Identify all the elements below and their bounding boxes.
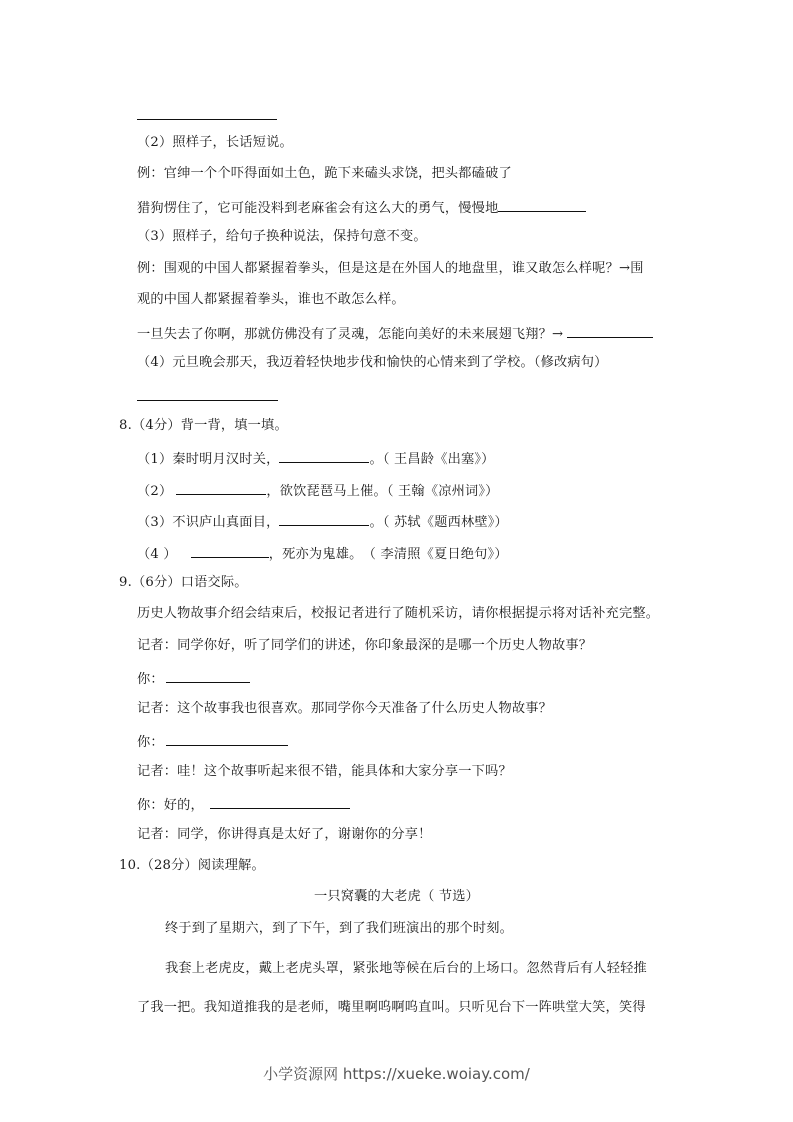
q9-you-3-label: 你：好的， [137,798,204,813]
q8-item-1-post: 。（ 王昌龄《出塞》） [369,452,494,467]
q9-you-1: 你： [137,669,250,688]
answer-blank[interactable] [166,732,288,746]
q8-item-2: （2），欲饮琵琶马上催。（ 王翰《凉州词》） [137,481,499,500]
q8-item-4: （4 ），死亦为鬼雄。 （ 李清照《夏日绝句》） [137,544,508,563]
q9-you-2: 你： [137,732,288,751]
passage-para-2-line-2: 了我一把。我知道推我的是老师，嘴里啊呜啊呜直叫。只听见台下一阵哄堂大笑，笑得 [137,1000,646,1016]
answer-blank[interactable] [191,544,269,558]
answer-blank[interactable] [498,198,586,212]
answer-blank[interactable] [176,481,266,495]
q8-item-4-post: ，死亦为鬼雄。 （ 李清照《夏日绝句》） [269,547,508,562]
passage-title: 一只窝囊的大老虎（ 节选） [0,889,793,905]
q9-reporter-4: 记者：同学，你讲得真是太好了，谢谢你的分享！ [137,827,432,843]
answer-line[interactable] [137,400,278,401]
q9-title: 9.（6分）口语交际。 [119,575,248,591]
q8-title: 8.（4分）背一背，填一填。 [119,418,288,434]
answer-line[interactable] [137,119,277,120]
answer-blank[interactable] [210,795,350,809]
q7-3-prompt: （3）照样子，给句子换种说法，保持句意不变。 [137,229,427,245]
q9-reporter-2: 记者：这个故事我也很喜欢。那同学你今天准备了什么历史人物故事？ [137,701,552,717]
q7-2-task-text: 猎狗愣住了，它可能没料到老麻雀会有这么大的勇气，慢慢地 [137,201,498,216]
passage-para-2-line-1: 我套上老虎皮，戴上老虎头罩，紧张地等候在后台的上场口。忽然背后有人轻轻推 [165,961,647,977]
q9-you-1-label: 你： [137,672,164,687]
q7-2-example: 例：官绅一个个吓得面如土色，跪下来磕头求饶，把头都磕破了 [137,166,512,182]
q7-3-example-line2: 观的中国人都紧握着拳头，谁也不敢怎么样。 [137,292,405,308]
q7-2-prompt: （2）照样子，长话短说。 [137,135,293,151]
q9-reporter-3: 记者：哇！这个故事听起来很不错，能具体和大家分享一下吗？ [137,764,512,780]
footer-watermark: 小学资源网 https://xueke.woiay.com/ [0,1063,793,1084]
q8-item-3-post: 。（ 苏轼《题西林壁》） [369,515,507,530]
passage-para-1: 终于到了星期六，到了下午，到了我们班演出的那个时刻。 [165,921,513,937]
q8-item-1: （1）秦时明月汉时关，。（ 王昌龄《出塞》） [137,449,495,468]
q8-item-3-pre: （3）不识庐山真面目， [137,515,279,530]
q8-item-1-pre: （1）秦时明月汉时关， [137,452,279,467]
q9-intro: 历史人物故事介绍会结束后，校报记者进行了随机采访，请你根据提示将对话补充完整。 [137,606,659,622]
q9-reporter-1: 记者：同学你好，听了同学们的讲述，你印象最深的是哪一个历史人物故事？ [137,638,592,654]
q8-item-2-post: ，欲饮琵琶马上催。（ 王翰《凉州词》） [266,484,498,499]
q8-item-3: （3）不识庐山真面目，。（ 苏轼《题西林壁》） [137,512,508,531]
answer-blank[interactable] [166,669,250,683]
q8-item-2-pre: （2） [137,484,172,499]
q7-3-task-text: 一旦失去了你啊，那就仿佛没有了灵魂，怎能向美好的未来展翅飞翔？→ [137,327,563,342]
answer-blank[interactable] [567,324,653,338]
q7-3-example-line1: 例：围观的中国人都紧握着拳头，但是这是在外国人的地盘里，谁又敢怎么样呢？→围 [137,261,644,277]
q8-item-4-pre: （4 ） [137,547,177,562]
q7-2-task: 猎狗愣住了，它可能没料到老麻雀会有这么大的勇气，慢慢地 [137,198,586,217]
q7-4-prompt: （4）元旦晚会那天，我迈着轻快地步伐和愉快的心情来到了学校。（修改病句） [137,355,608,371]
answer-blank[interactable] [279,449,369,463]
q7-3-task: 一旦失去了你啊，那就仿佛没有了灵魂，怎能向美好的未来展翅飞翔？→ [137,324,653,343]
answer-blank[interactable] [279,512,369,526]
q9-you-2-label: 你： [137,735,164,750]
q9-you-3: 你：好的， [137,795,350,814]
q10-title: 10.（28分）阅读理解。 [119,858,265,874]
